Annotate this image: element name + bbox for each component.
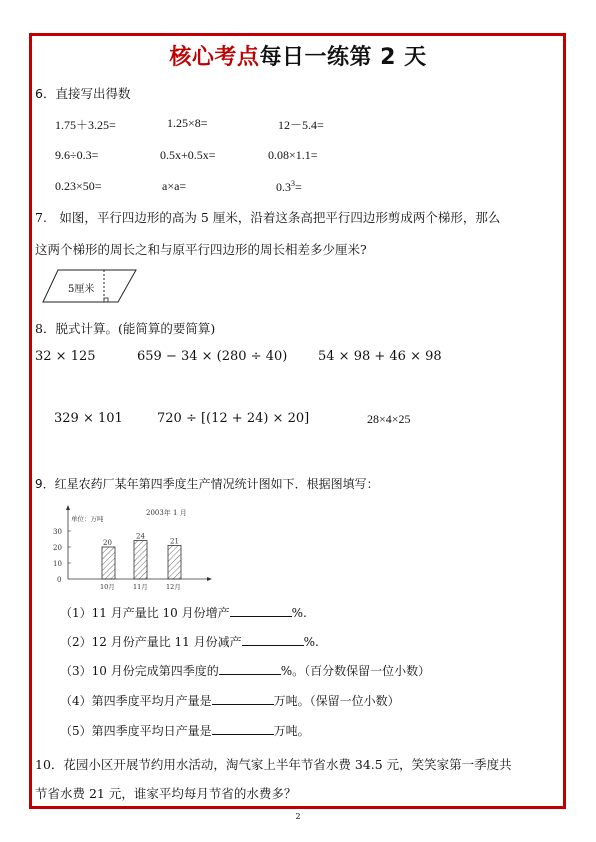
bar-oct — [102, 547, 115, 579]
q6-expr-3-2: a×a= — [162, 179, 186, 194]
ytick-10: 10 — [53, 560, 62, 568]
q9-item-3-suffix: %。（百分数保留一位小数） — [281, 664, 430, 678]
q9-item-1-blank[interactable] — [230, 606, 292, 617]
figure-height-label: 5厘米 — [68, 280, 94, 295]
q6-label: 6．直接写出得数 — [35, 84, 130, 102]
chart-title: 2003年 1 月 — [146, 508, 187, 517]
q8-expr-1-1: 32 × 125 — [35, 349, 96, 364]
q9-item-4-blank[interactable] — [212, 694, 274, 705]
chart-unit-label: 单位：万吨 — [71, 514, 104, 523]
q9-item-4-text: （4）第四季度平均月产量是 — [60, 694, 212, 708]
q6-expr-1-2: 1.25×8= — [167, 116, 208, 131]
q9-item-3-text: （3）10 月份完成第四季度的 — [60, 664, 219, 678]
q9-item-5: （5）第四季度平均日产量是万吨。 — [60, 722, 310, 739]
q8-expr-1-3: 54 × 98 + 46 × 98 — [318, 349, 442, 364]
bar-dec-value: 21 — [170, 537, 179, 545]
q8-expr-2-3: 28×4×25 — [367, 412, 411, 427]
xlabel-oct: 10月 — [100, 583, 115, 591]
ytick-20: 20 — [53, 544, 62, 552]
ytick-30: 30 — [53, 528, 62, 536]
q9-item-3: （3）10 月份完成第四季度的%。（百分数保留一位小数） — [60, 662, 430, 679]
q6-expr-3-1: 0.23×50= — [55, 179, 102, 194]
bar-dec — [168, 545, 181, 579]
q9-label: 9．红星农药厂某年第四季度生产情况统计图如下．根据图填写： — [35, 475, 379, 492]
q6-expr-1-3: 12－5.4= — [278, 116, 324, 133]
q6-expr-3-3: 0.33= — [276, 179, 302, 195]
title-main: 每日一练第 2 天 — [259, 45, 426, 70]
q9-item-1-suffix: %. — [292, 606, 307, 620]
q9-item-4-suffix: 万吨。（保留一位小数） — [274, 694, 400, 708]
q9-item-2: （2）12 月份产量比 11 月份减产%. — [60, 633, 319, 650]
q6-expr-1-1: 1.75＋3.25= — [55, 116, 116, 133]
q6-expr-2-3: 0.08×1.1= — [268, 148, 318, 163]
q6-expr-2-1: 9.6÷0.3= — [55, 148, 98, 163]
xlabel-dec: 12月 — [166, 583, 181, 591]
xlabel-nov: 11月 — [133, 583, 148, 591]
q7-line1: 7. 如图，平行四边形的高为 5 厘米，沿着这条高把平行四边形剪成两个梯形，那么 — [35, 208, 500, 226]
page-title: 核心考点每日一练第 2 天 — [0, 40, 596, 71]
q9-item-5-text: （5）第四季度平均日产量是 — [60, 724, 212, 738]
q9-item-2-text: （2）12 月份产量比 11 月份减产 — [60, 635, 242, 649]
bar-nov-value: 24 — [136, 533, 145, 541]
q6-power-base: 0.3 — [276, 180, 291, 194]
title-highlight: 核心考点 — [169, 45, 259, 70]
q8-expr-2-2: 720 ÷ [(12 + 24) × 20] — [157, 411, 309, 426]
q10-line2: 节省水费 21 元，谁家平均每月节省的水费多？ — [35, 784, 296, 802]
q8-expr-1-2: 659 − 34 × (280 ÷ 40) — [137, 349, 287, 364]
q9-item-2-suffix: %. — [304, 635, 319, 649]
production-bar-chart: 0 10 20 30 单位：万吨 2003年 1 月 20 24 21 10月 … — [50, 498, 240, 593]
q8-expr-2-1: 329 × 101 — [54, 411, 123, 426]
q7-line2: 这两个梯形的周长之和与原平行四边形的周长相差多少厘米? — [35, 240, 367, 258]
q9-item-4: （4）第四季度平均月产量是万吨。（保留一位小数） — [60, 692, 400, 709]
q8-label: 8．脱式计算。(能简算的要简算) — [35, 319, 215, 337]
q9-item-1-text: （1）11 月产量比 10 月份增产 — [60, 606, 230, 620]
q9-item-2-blank[interactable] — [242, 635, 304, 646]
q9-item-5-blank[interactable] — [212, 724, 274, 735]
page-number: 2 — [0, 812, 596, 821]
q9-item-5-suffix: 万吨。 — [274, 724, 310, 738]
q6-power-eq: = — [295, 180, 302, 194]
q10-line1: 10．花园小区开展节约用水活动，淘气家上半年节省水费 34.5 元，笑笑家第一季… — [35, 755, 512, 773]
ytick-0: 0 — [57, 576, 61, 584]
bar-oct-value: 20 — [103, 539, 112, 547]
bar-nov — [134, 541, 147, 579]
q6-expr-2-2: 0.5x+0.5x= — [160, 148, 216, 163]
q9-item-3-blank[interactable] — [219, 664, 281, 675]
q9-item-1: （1）11 月产量比 10 月份增产%. — [60, 604, 307, 621]
